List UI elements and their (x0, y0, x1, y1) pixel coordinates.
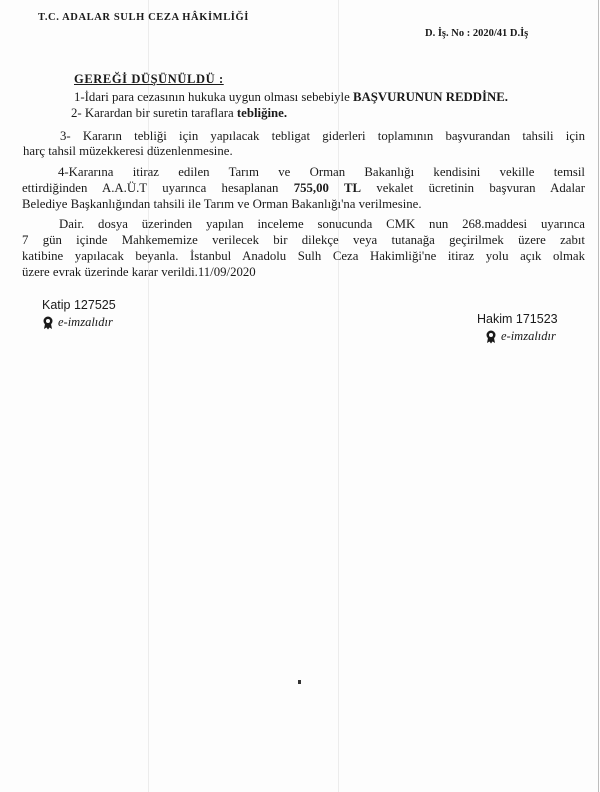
scan-speck (298, 680, 301, 684)
decision-item-3-line-2: harç tahsil müzekkeresi düzenlenmesine. (23, 144, 233, 159)
decision-item-3-line-1: 3- Kararın tebliği için yapılacak teblig… (60, 129, 585, 144)
clerk-esign-label: e-imzalıdır (58, 315, 113, 330)
closing-line-2: 7 gün içinde Mahkememize verilecek bir d… (22, 233, 585, 248)
decision-item-4-line-1: 4-Kararına itiraz edilen Tarım ve Orman … (58, 165, 585, 180)
clerk-title: Katip 127525 (42, 298, 116, 312)
decision-item-2: 2- Karardan bir suretin taraflara tebliğ… (71, 106, 287, 121)
judge-esign: e-imzalıdır (485, 329, 558, 344)
decision-item-4-line-3: Belediye Başkanlığından tahsili ile Tarı… (22, 197, 422, 212)
judge-esign-label: e-imzalıdır (501, 329, 556, 344)
item-2-emphasis: tebliğine. (237, 106, 287, 120)
item-1-emphasis: BAŞVURUNUN REDDİNE. (353, 90, 508, 104)
item-4-post: vekalet ücretinin başvuran Adalar (361, 181, 585, 195)
seal-icon (42, 316, 54, 330)
judge-title: Hakim 171523 (477, 312, 558, 326)
decision-item-1: 1-İdari para cezasının hukuka uygun olma… (74, 90, 508, 105)
item-2-text: 2- Karardan bir suretin taraflara (71, 106, 237, 120)
item-4-pre: ettirdiğinden A.A.Ü.T uyarınca hesaplana… (22, 181, 294, 195)
clerk-esign: e-imzalıdır (42, 315, 116, 330)
judge-signature: Hakim 171523 e-imzalıdır (477, 312, 558, 344)
court-name: T.C. ADALAR SULH CEZA HÂKİMLİĞİ (38, 12, 249, 23)
decision-heading: GEREĞİ DÜŞÜNÜLDÜ : (74, 72, 224, 87)
decision-item-4-line-2: ettirdiğinden A.A.Ü.T uyarınca hesaplana… (22, 181, 585, 196)
item-1-text: 1-İdari para cezasının hukuka uygun olma… (74, 90, 353, 104)
page-right-edge (598, 0, 599, 792)
closing-line-3: katibine yapılacak beyanla. İstanbul Ana… (22, 249, 585, 264)
seal-icon (485, 330, 497, 344)
closing-line-1: Dair. dosya üzerinden yapılan inceleme s… (59, 217, 585, 232)
fee-amount: 755,00 TL (294, 181, 361, 195)
file-number: D. İş. No : 2020/41 D.İş (425, 28, 528, 39)
closing-line-4: üzere evrak üzerinde karar verildi.11/09… (22, 265, 256, 280)
fold-line (338, 0, 339, 792)
clerk-signature: Katip 127525 e-imzalıdır (42, 298, 116, 330)
